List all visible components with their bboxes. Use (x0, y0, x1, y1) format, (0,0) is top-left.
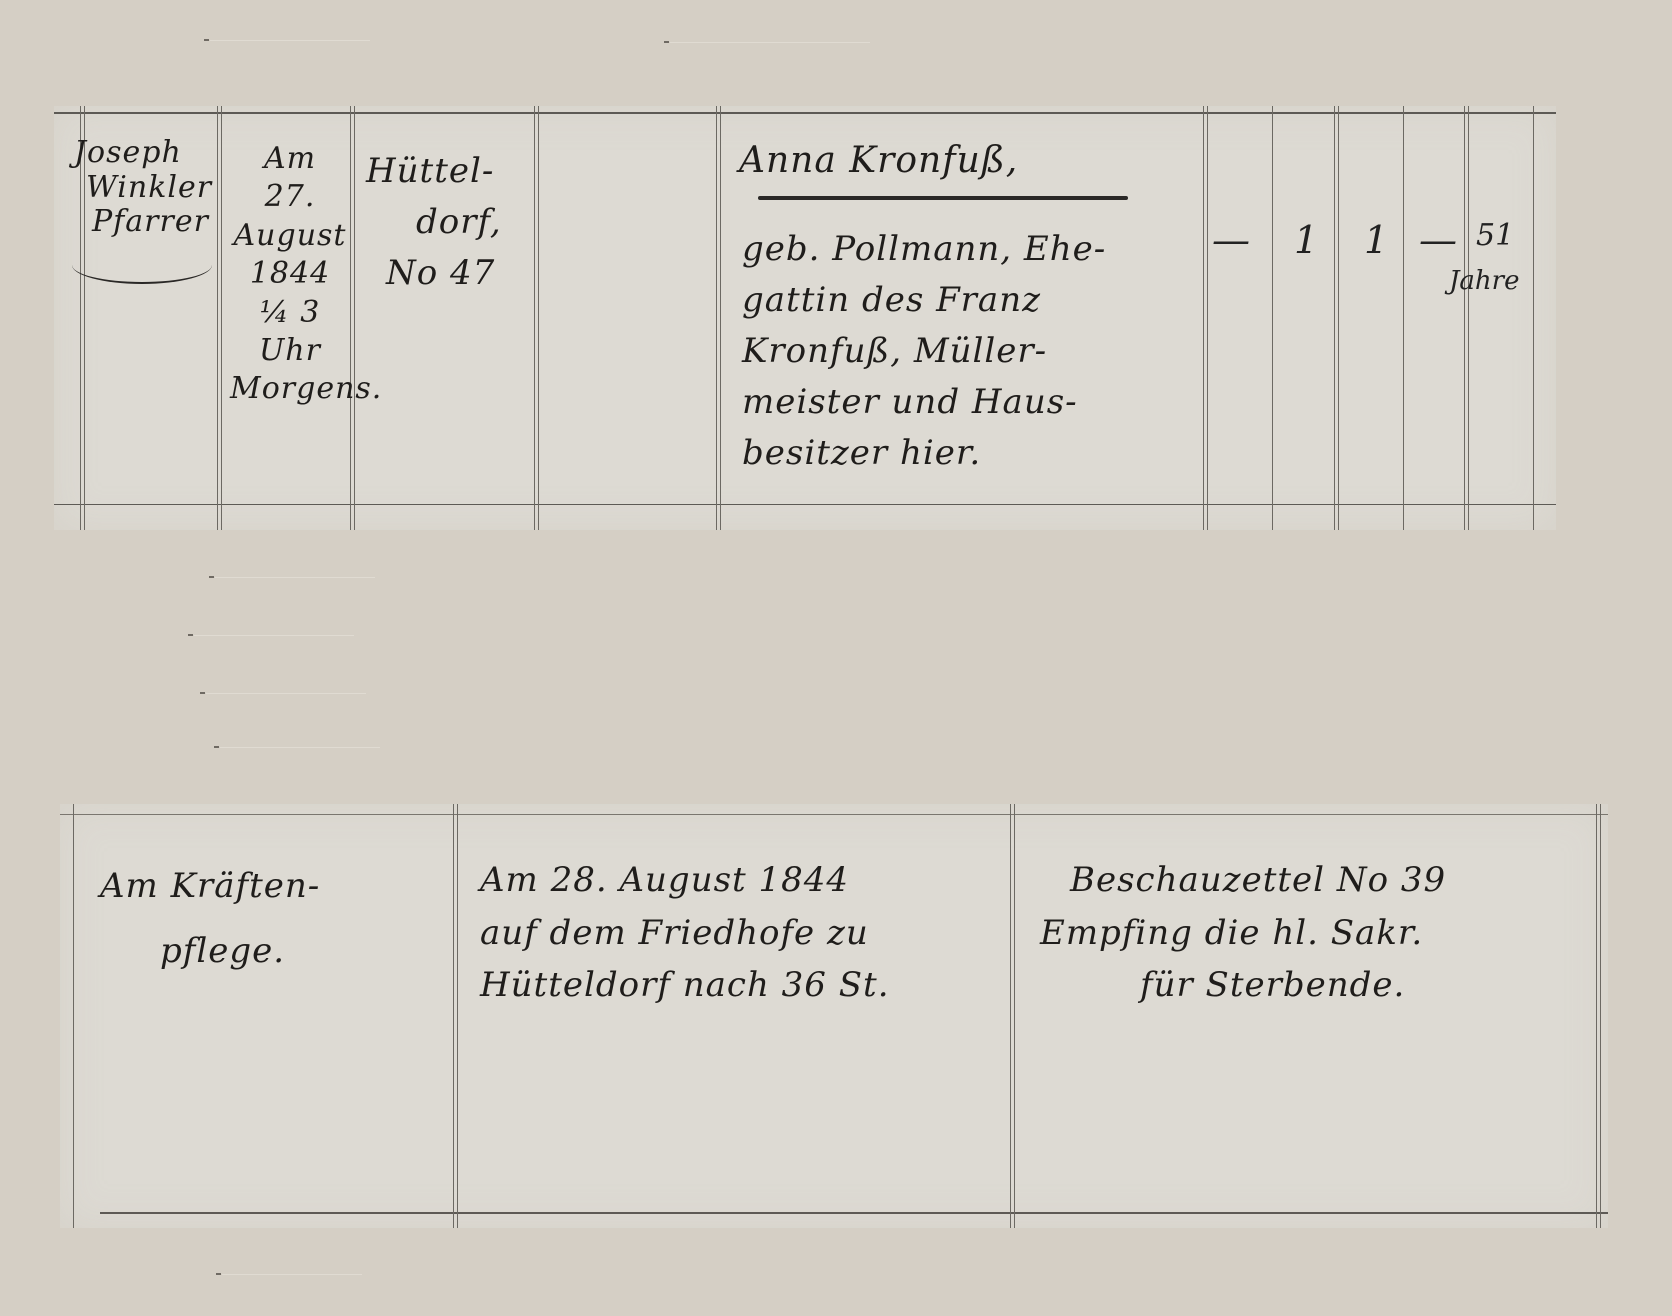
deceased-details: geb. Pollmann, Ehe- gattin des Franz Kro… (742, 224, 1202, 479)
cause-of-death: Am Kräften- pflege. (100, 854, 450, 983)
register-entry-upper: Joseph Winkler Pfarrer Am 27. August 184… (54, 106, 1556, 530)
house-location: Hüttel- dorf, No 47 (366, 146, 526, 299)
details-line: geb. Pollmann, Ehe- (742, 224, 1202, 275)
officiant-bracket (72, 246, 212, 284)
village-name-part1: Hüttel- (366, 146, 526, 197)
remarks-line: Empfing die hl. Sakr. (1040, 907, 1580, 960)
background-mark (210, 40, 370, 41)
column-rule (453, 804, 458, 1228)
age-unit: Jahre (1449, 266, 1519, 296)
deceased-name: Anna Kronfuß, (739, 140, 1179, 181)
house-number: No 47 (386, 248, 526, 299)
background-mark (194, 635, 354, 636)
details-line: Kronfuß, Müller- (742, 326, 1202, 377)
row-top-rule (60, 814, 1608, 815)
officiant-title: Pfarrer (92, 205, 224, 240)
background-mark (670, 42, 870, 43)
remarks-line: Beschauzettel No 39 (1070, 854, 1580, 907)
column-rule (1464, 106, 1469, 530)
background-mark (222, 1274, 362, 1275)
column-rule (350, 106, 355, 530)
register-entry-lower: Am Kräften- pflege. Am 28. August 1844 a… (60, 804, 1608, 1228)
date-day: 27. (230, 178, 350, 216)
column-rule (1403, 106, 1404, 530)
officiant-name: Joseph Winkler Pfarrer (74, 136, 224, 240)
burial-record: Am 28. August 1844 auf dem Friedhofe zu … (480, 854, 1010, 1012)
column-rule (1010, 804, 1015, 1228)
row-top-rule (54, 112, 1556, 114)
background-mark (215, 577, 375, 578)
column-rule (1596, 804, 1601, 1228)
officiant-last-name: Winkler (86, 171, 224, 206)
tally-col-a: — (1212, 218, 1250, 262)
background-mark (220, 747, 380, 748)
column-rule (716, 106, 721, 530)
column-rule (534, 106, 539, 530)
cause-line: pflege. (160, 919, 450, 984)
column-rule (1203, 106, 1208, 530)
name-underline (758, 196, 1128, 200)
column-rule (1334, 106, 1339, 530)
age-value: 51 (1476, 218, 1514, 253)
burial-line: auf dem Friedhofe zu (480, 907, 1010, 960)
details-line: besitzer hier. (742, 428, 1202, 479)
date-period: Morgens. (230, 370, 350, 408)
death-date: Am 27. August 1844 ¼ 3 Uhr Morgens. (230, 140, 350, 409)
column-rule (1272, 106, 1273, 530)
date-prefix: Am (230, 140, 350, 178)
remarks: Beschauzettel No 39 Empfing die hl. Sakr… (1040, 854, 1580, 1012)
column-rule (1533, 106, 1534, 530)
tally-col-b: 1 (1294, 218, 1318, 262)
details-line: gattin des Franz (742, 275, 1202, 326)
burial-line: Hütteldorf nach 36 St. (480, 959, 1010, 1012)
tally-col-d: — (1419, 218, 1457, 262)
cause-line: Am Kräften- (100, 854, 450, 919)
column-rule (73, 804, 74, 1228)
tally-col-c: 1 (1364, 218, 1388, 262)
details-line: meister und Haus- (742, 377, 1202, 428)
date-year: 1844 (230, 255, 350, 293)
village-name-part2: dorf, (416, 197, 526, 248)
row-bottom-rule (100, 1212, 1608, 1214)
row-bottom-rule (54, 504, 1556, 505)
officiant-first-name: Joseph (74, 136, 224, 171)
date-month: August (230, 217, 350, 255)
date-time: ¼ 3 Uhr (230, 294, 350, 371)
remarks-line: für Sterbende. (1140, 959, 1580, 1012)
burial-line: Am 28. August 1844 (480, 854, 1010, 907)
background-mark (206, 693, 366, 694)
